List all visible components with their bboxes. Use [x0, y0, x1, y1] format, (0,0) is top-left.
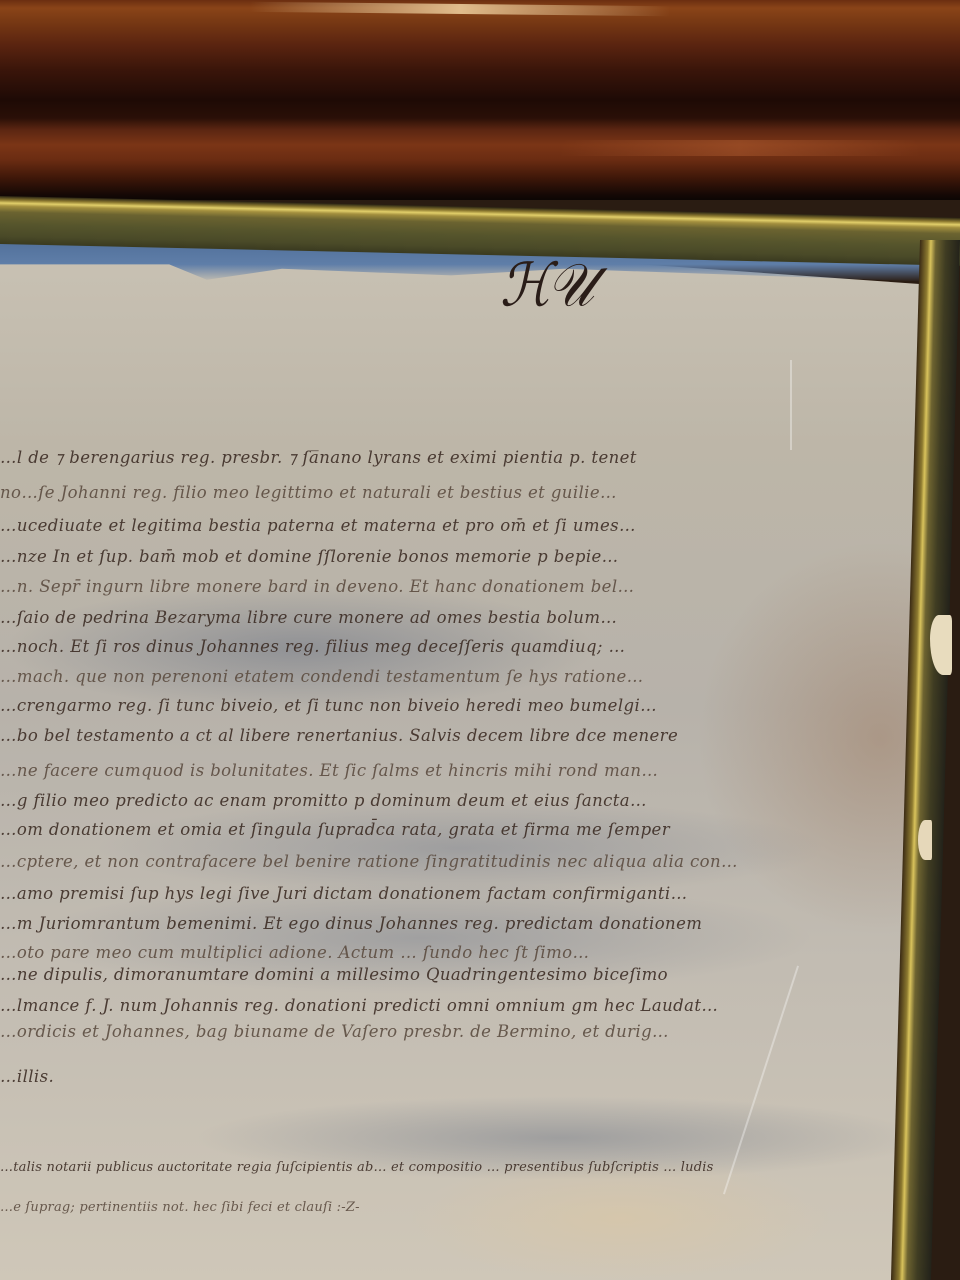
manuscript-line: …nze In et ſup. bam̄ mob et domine ſſlor…	[0, 547, 619, 566]
manuscript-line: …ordicis et Johannes, bag biuname de Vaſ…	[0, 1022, 669, 1041]
notary-monogram: ℋ𝒰	[500, 251, 590, 321]
manuscript-line: …n. Sepr̄ ingurn libre monere bard in de…	[0, 577, 634, 596]
parchment	[0, 238, 932, 1280]
manuscript-line: …cptere, et non contrafacere bel benire …	[0, 852, 738, 871]
manuscript-line: …noch. Et ſi ros dinus Johannes reg. fil…	[0, 637, 625, 656]
manuscript-line: …e ſuprag; pertinentiis not. hec ſibi fe…	[0, 1200, 360, 1215]
manuscript-line: …g filio meo predicto ac enam promitto p…	[0, 791, 647, 810]
manuscript-line: …l de ⁊ berengarius reg. presbr. ⁊ ſa̅na…	[0, 448, 637, 467]
manuscript-line: …crengarmo reg. ſi tunc biveio, et ſi tu…	[0, 696, 657, 715]
manuscript-line: …ne facere cumquod is bolunitates. Et ſi…	[0, 761, 658, 780]
manuscript-line: no…ſe Johanni reg. filio meo legittimo e…	[0, 483, 617, 502]
manuscript-line: …illis.	[0, 1067, 54, 1086]
wood-sheen	[560, 140, 920, 156]
parchment-tear	[918, 820, 932, 860]
manuscript-line: …m Juriomrantum bemenimi. Et ego dinus J…	[0, 914, 702, 933]
wooden-frame	[0, 0, 960, 200]
manuscript-line: …ne dipulis, dimoranumtare domini a mill…	[0, 965, 668, 984]
parchment-crease	[790, 360, 792, 450]
manuscript-line: …amo premisi ſup hys legi ſive Juri dict…	[0, 884, 687, 903]
manuscript-line: …om donationem et omia et ſingula ſuprad…	[0, 820, 670, 839]
manuscript-line: …bo bel testamento a ct al libere renert…	[0, 726, 678, 745]
manuscript-line: …oto pare meo cum multiplici adione. Act…	[0, 943, 589, 962]
manuscript-line: …ſaio de pedrina Bezaryma libre cure mon…	[0, 608, 617, 627]
manuscript-line: …lmance f. J. num Johannis reg. donation…	[0, 996, 718, 1015]
manuscript-line: …mach. que non perenoni etatem condendi …	[0, 667, 644, 686]
manuscript-line: …ucediuate et legitima bestia paterna et…	[0, 516, 636, 535]
manuscript-line: …talis notarii publicus auctoritate regi…	[0, 1160, 713, 1175]
